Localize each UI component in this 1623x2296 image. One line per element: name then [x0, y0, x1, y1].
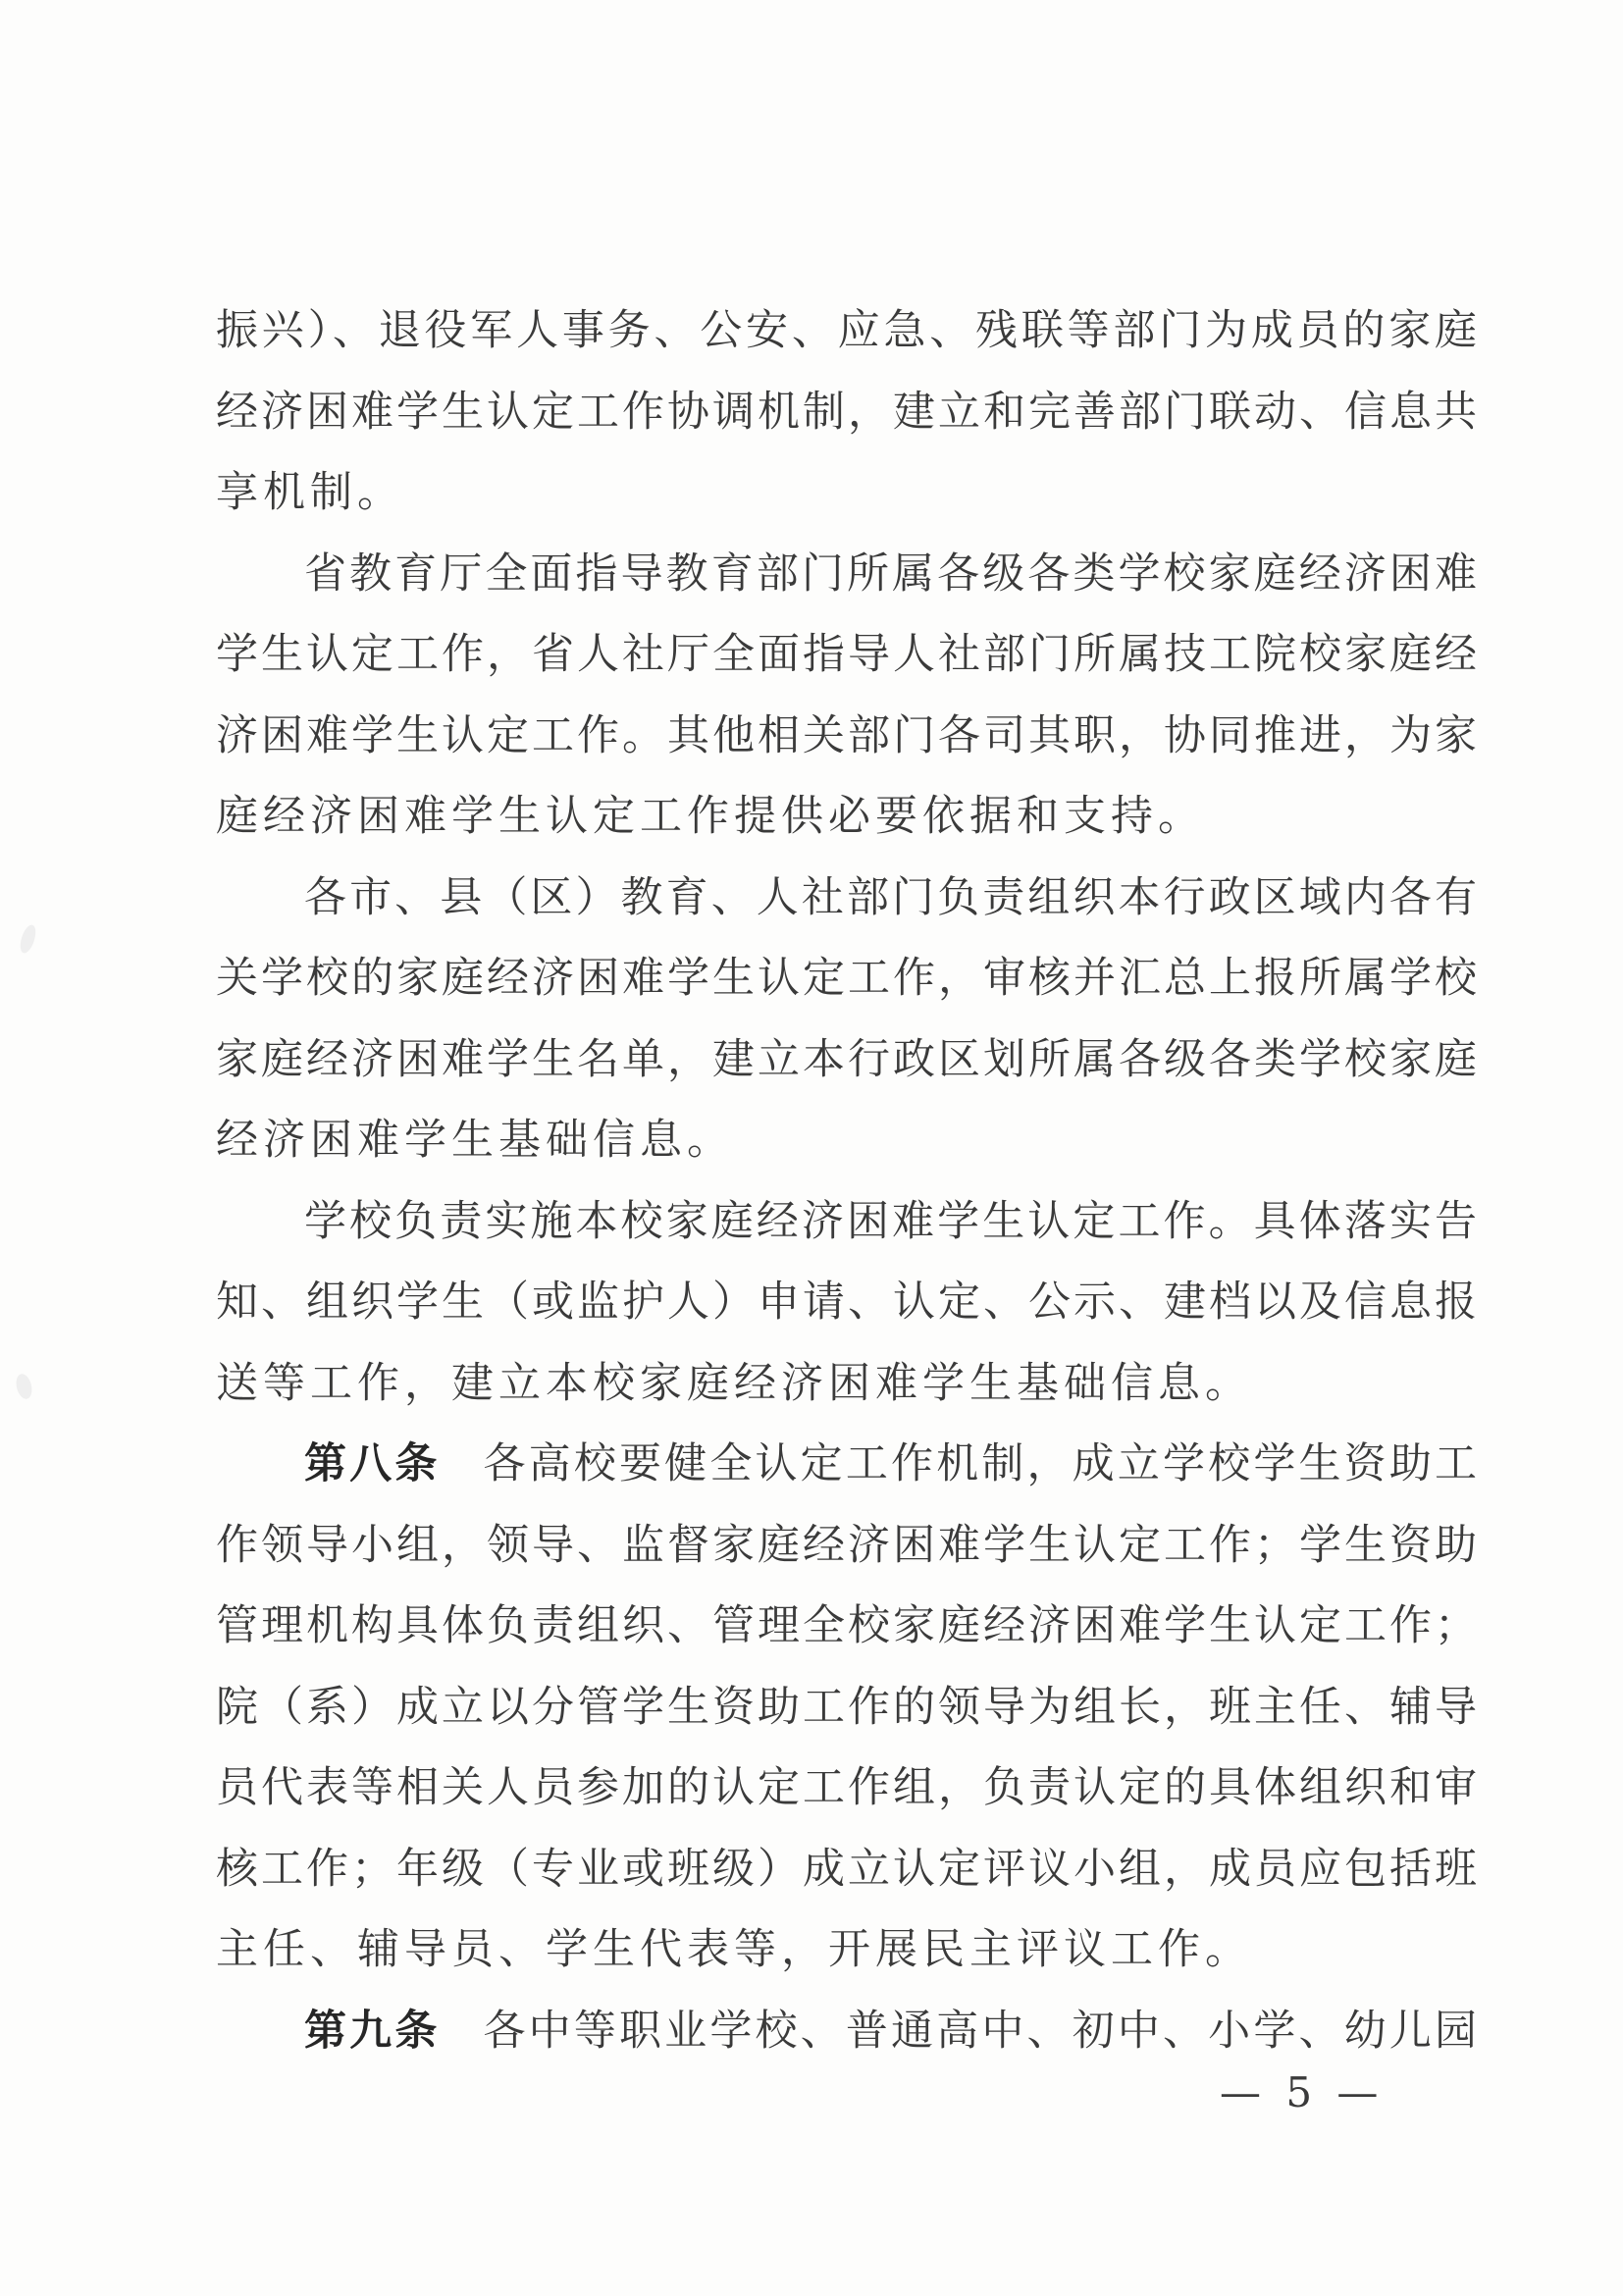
document-page: 振兴）、退役军人事务、公安、应急、残联等部门为成员的家庭 经济困难学生认定工作协…	[0, 0, 1623, 2296]
text-line: 核工作；年级（专业或班级）成立认定评议小组，成员应包括班	[216, 1829, 1477, 1910]
scan-smudge	[14, 1373, 34, 1401]
text-line: 关学校的家庭经济困难学生认定工作，审核并汇总上报所属学校	[216, 938, 1477, 1019]
text-line: 经济困难学生认定工作协调机制，建立和完善部门联动、信息共	[216, 372, 1477, 453]
text-line: 省教育厅全面指导教育部门所属各级各类学校家庭经济困难	[216, 534, 1477, 615]
text-line: 庭经济困难学生认定工作提供必要依据和支持。	[216, 776, 1477, 858]
text-line: 振兴）、退役军人事务、公安、应急、残联等部门为成员的家庭	[216, 290, 1477, 372]
text-line: 享机制。	[216, 452, 1477, 534]
text-line: 送等工作，建立本校家庭经济困难学生基础信息。	[216, 1343, 1477, 1425]
text-line: 济困难学生认定工作。其他相关部门各司其职，协同推进，为家	[216, 696, 1477, 777]
scan-smudge	[18, 923, 39, 956]
page-number: — 5 —	[1220, 2068, 1384, 2117]
text-line: 学生认定工作，省人社厅全面指导人社部门所属技工院校家庭经	[216, 614, 1477, 696]
text-line: 院（系）成立以分管学生资助工作的领导为组长，班主任、辅导	[216, 1667, 1477, 1748]
text-line: 管理机构具体负责组织、管理全校家庭经济困难学生认定工作；	[216, 1586, 1477, 1667]
text-line: 作领导小组，领导、监督家庭经济困难学生认定工作；学生资助	[216, 1505, 1477, 1587]
article-number-9: 第九条	[304, 2007, 441, 2056]
text-line: 员代表等相关人员参加的认定工作组，负责认定的具体组织和审	[216, 1748, 1477, 1829]
text-line: 知、组织学生（或监护人）申请、认定、公示、建档以及信息报	[216, 1262, 1477, 1343]
text-line: 第九条各中等职业学校、普通高中、初中、小学、幼儿园	[216, 1991, 1477, 2072]
text-line: 经济困难学生基础信息。	[216, 1100, 1477, 1181]
text-line: 学校负责实施本校家庭经济困难学生认定工作。具体落实告	[216, 1181, 1477, 1263]
text-line: 主任、辅导员、学生代表等，开展民主评议工作。	[216, 1909, 1477, 1991]
text-line: 家庭经济困难学生名单，建立本行政区划所属各级各类学校家庭	[216, 1019, 1477, 1101]
line-text: 各高校要健全认定工作机制，成立学校学生资助工	[484, 1439, 1478, 1488]
text-line: 各市、县（区）教育、人社部门负责组织本行政区域内各有	[216, 858, 1477, 939]
article-number-8: 第八条	[304, 1439, 441, 1488]
body-text: 振兴）、退役军人事务、公安、应急、残联等部门为成员的家庭 经济困难学生认定工作协…	[216, 290, 1477, 2071]
line-text: 各中等职业学校、普通高中、初中、小学、幼儿园	[484, 2007, 1478, 2056]
text-line: 第八条各高校要健全认定工作机制，成立学校学生资助工	[216, 1424, 1477, 1505]
